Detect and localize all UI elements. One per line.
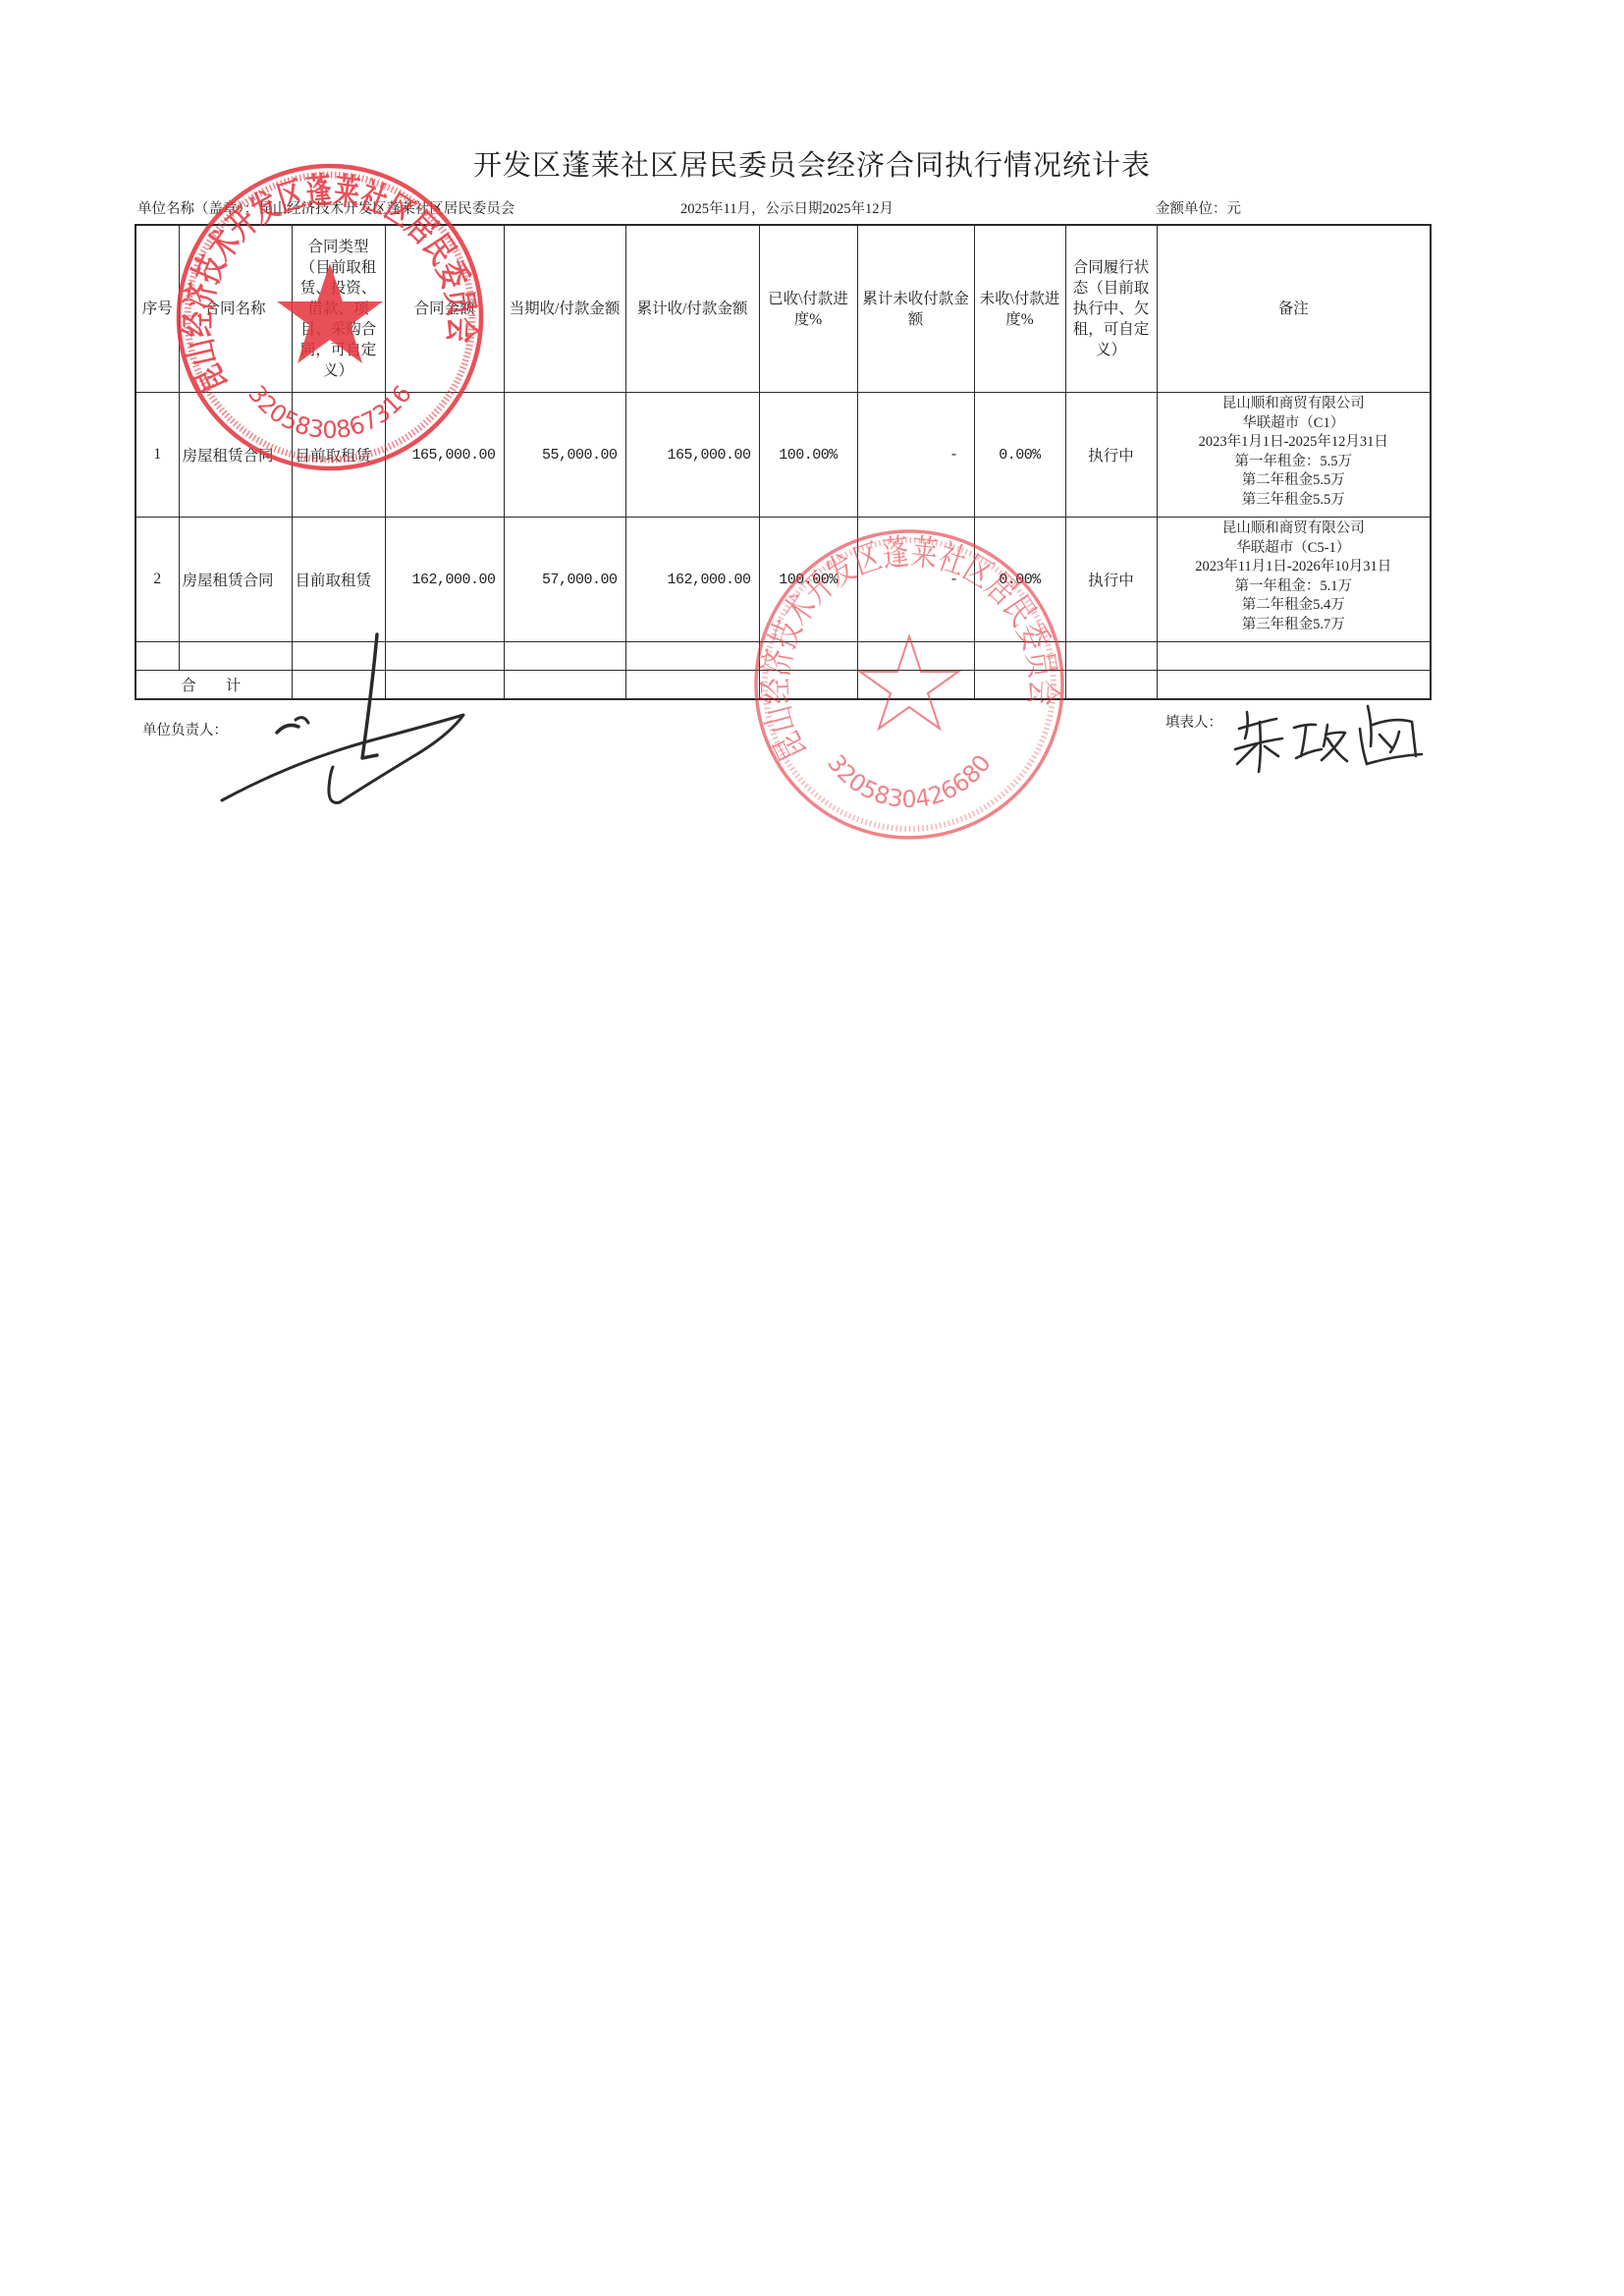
report-period: 2025年11月，公示日期2025年12月 — [680, 197, 893, 218]
header-status: 合同履行状态（目前取执行中、欠租，可自定义） — [1065, 225, 1157, 393]
cell-contract-type: 目前取租赁 — [292, 518, 385, 642]
cell-seq: 2 — [135, 518, 179, 642]
cell-unpaid-amount: - — [857, 518, 974, 642]
total-cell — [625, 671, 759, 700]
cell-current-amount: 57,000.00 — [504, 518, 625, 642]
unit-label: 单位名称（盖章）： — [137, 201, 258, 217]
total-cell — [974, 671, 1065, 700]
table-header-row: 序号 合同名称 合同类型 （目前取租赁、投资、借款、项目、采购合同，可自定义） … — [135, 225, 1431, 393]
remark-line: 2023年1月1日-2025年12月31日 — [1160, 433, 1429, 453]
remark-line: 第三年租金5.5万 — [1160, 491, 1429, 511]
blank-cell — [1065, 642, 1157, 671]
header-cumulative-amount: 累计收/付款金额 — [625, 225, 759, 393]
cell-remarks: 昆山顺和商贸有限公司 华联超市（C5-1） 2023年11月1日-2026年10… — [1157, 518, 1431, 642]
remark-line: 第二年租金5.5万 — [1160, 471, 1429, 491]
header-seq: 序号 — [135, 225, 179, 393]
remark-line: 昆山顺和商贸有限公司 — [1160, 519, 1429, 539]
blank-cell — [974, 642, 1065, 671]
remark-line: 第二年租金5.4万 — [1160, 596, 1429, 616]
cell-contract-type: 目前取租赁 — [292, 393, 385, 518]
blank-cell — [504, 642, 625, 671]
header-unpaid-amount: 累计未收付款金额 — [857, 225, 974, 393]
document-title: 开发区蓬莱社区居民委员会经济合同执行情况统计表 — [0, 143, 1624, 184]
currency-unit: 金额单位：元 — [1156, 197, 1241, 218]
cell-paid-progress: 100.00% — [759, 393, 857, 518]
blank-cell — [759, 642, 857, 671]
cell-status: 执行中 — [1065, 393, 1157, 518]
total-cell — [385, 671, 504, 700]
svg-text:3205830426680: 3205830426680 — [822, 749, 997, 813]
header-remarks: 备注 — [1157, 225, 1431, 393]
cell-current-amount: 55,000.00 — [504, 393, 625, 518]
cell-status: 执行中 — [1065, 518, 1157, 642]
cell-contract-name: 房屋租赁合同 — [179, 393, 292, 518]
cell-cumulative-amount: 162,000.00 — [625, 518, 759, 642]
remark-line: 2023年11月1日-2026年10月31日 — [1160, 558, 1429, 577]
remark-line: 第一年租金：5.1万 — [1160, 577, 1429, 597]
table-row-total: 合计 — [135, 671, 1431, 700]
contract-table: 序号 合同名称 合同类型 （目前取租赁、投资、借款、项目、采购合同，可自定义） … — [135, 224, 1432, 700]
table-row: 2 房屋租赁合同 目前取租赁 162,000.00 57,000.00 162,… — [135, 518, 1431, 642]
header-type-note: （目前取租赁、投资、借款、项目、采购合同，可自定义） — [296, 257, 382, 381]
cell-paid-progress: 100.00% — [759, 518, 857, 642]
cell-remarks: 昆山顺和商贸有限公司 华联超市（C1） 2023年1月1日-2025年12月31… — [1157, 393, 1431, 518]
total-cell — [1157, 671, 1431, 700]
cell-unpaid-progress: 0.00% — [974, 518, 1065, 642]
remark-line: 华联超市（C1） — [1160, 414, 1429, 434]
stamp-code: 3205830426680 — [822, 749, 997, 813]
blank-cell — [179, 642, 292, 671]
header-contract-type: 合同类型 （目前取租赁、投资、借款、项目、采购合同，可自定义） — [292, 225, 385, 393]
blank-cell — [857, 642, 974, 671]
blank-cell — [385, 642, 504, 671]
remark-line: 第三年租金5.7万 — [1160, 616, 1429, 635]
total-cell — [292, 671, 385, 700]
cell-contract-amount: 162,000.00 — [385, 518, 504, 642]
table-row: 1 房屋租赁合同 目前取租赁 165,000.00 55,000.00 165,… — [135, 393, 1431, 518]
remark-line: 第一年租金：5.5万 — [1160, 453, 1429, 472]
responsible-person-label: 单位负责人： — [142, 719, 228, 739]
header-current-amount: 当期收/付款金额 — [504, 225, 625, 393]
unit-name: 昆山经济技术开发区蓬莱社区居民委员会 — [258, 201, 514, 217]
cell-seq: 1 — [135, 393, 179, 518]
blank-cell — [1157, 642, 1431, 671]
cell-cumulative-amount: 165,000.00 — [625, 393, 759, 518]
header-type-title: 合同类型 — [296, 237, 382, 257]
blank-cell — [625, 642, 759, 671]
cell-unpaid-progress: 0.00% — [974, 393, 1065, 518]
cell-unpaid-amount: - — [857, 393, 974, 518]
total-cell — [857, 671, 974, 700]
unit-name-line: 单位名称（盖章）：昆山经济技术开发区蓬莱社区居民委员会 — [137, 197, 514, 218]
header-contract-name: 合同名称 — [179, 225, 292, 393]
header-paid-progress: 已收\付款进度% — [759, 225, 857, 393]
table-row-blank — [135, 642, 1431, 671]
cell-contract-amount: 165,000.00 — [385, 393, 504, 518]
total-cell — [1065, 671, 1157, 700]
remark-line: 昆山顺和商贸有限公司 — [1160, 395, 1429, 414]
cell-contract-name: 房屋租赁合同 — [179, 518, 292, 642]
total-label: 合计 — [135, 671, 292, 700]
preparer-signature — [1235, 706, 1422, 772]
header-contract-amount: 合同金额 — [385, 225, 504, 393]
blank-cell — [292, 642, 385, 671]
total-cell — [759, 671, 857, 700]
preparer-label: 填表人： — [1165, 711, 1222, 732]
blank-cell — [135, 642, 179, 671]
header-unpaid-progress: 未收\付款进度% — [974, 225, 1065, 393]
total-cell — [504, 671, 625, 700]
remark-line: 华联超市（C5-1） — [1160, 539, 1429, 559]
